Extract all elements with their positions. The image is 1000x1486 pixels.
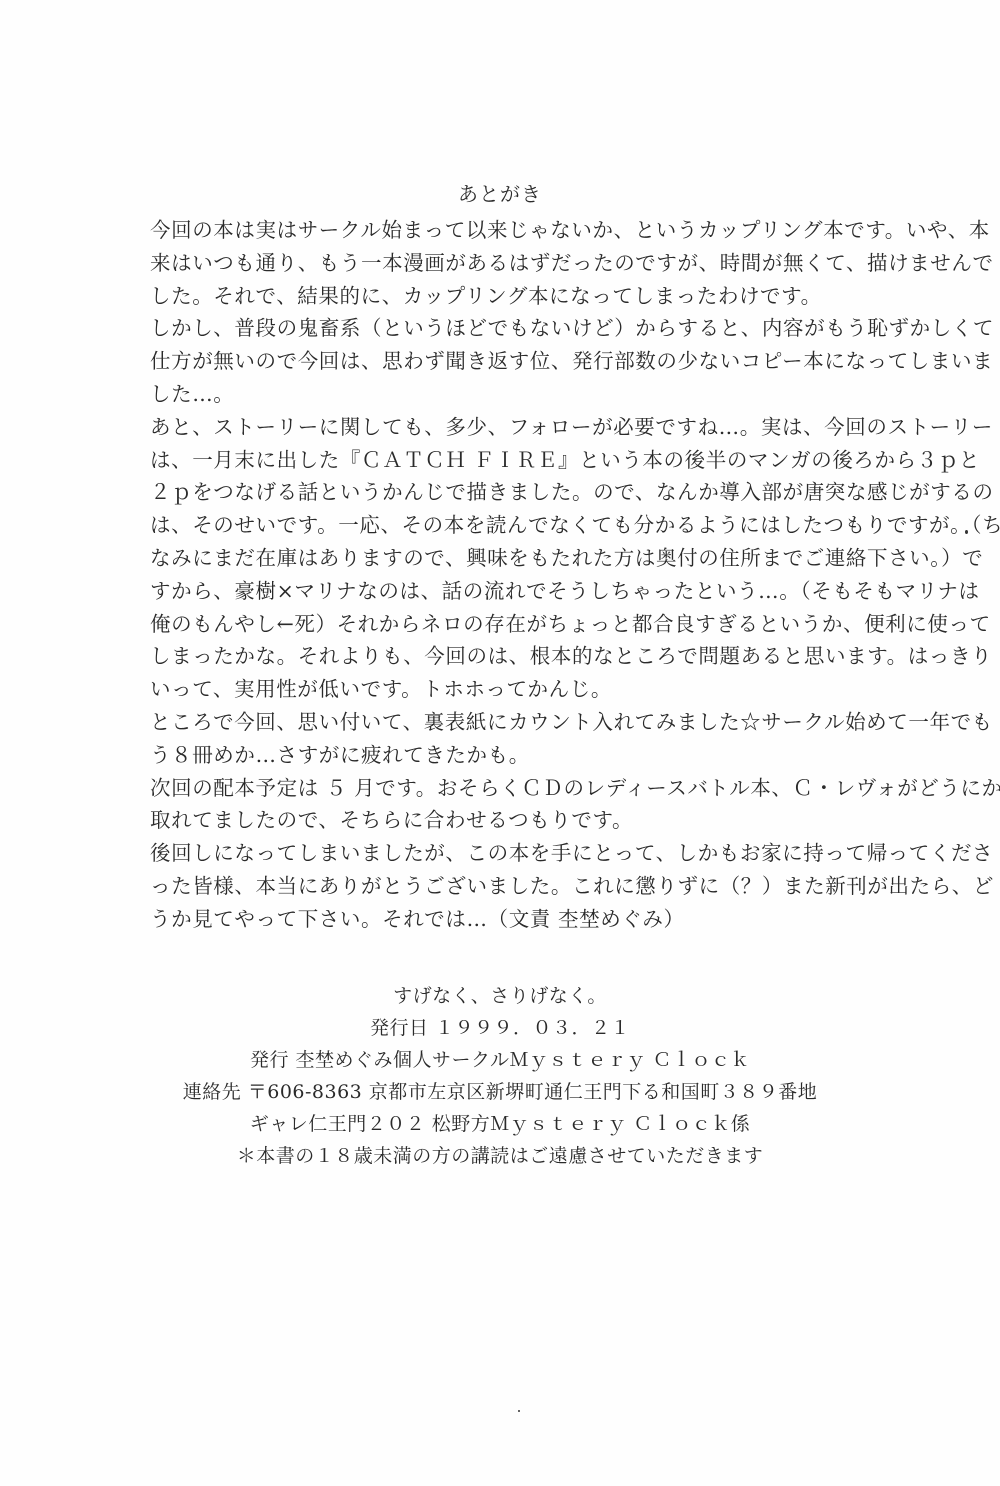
book-title: すげなく、さりげなく。 bbox=[0, 980, 1000, 1012]
afterword-line: 来はいつも通り、もう一本漫画があるはずだったのですが、時間が無くて、描けませんで bbox=[150, 247, 910, 280]
age-notice: ＊本書の１８歳未満の方の講読はご遠慮させていただきます bbox=[0, 1140, 1000, 1172]
afterword-line: 今回の本は実はサークル始まって以来じゃないか、というカップリング本です。いや、本 bbox=[150, 214, 910, 247]
scanned-page: あとがき 今回の本は実はサークル始まって以来じゃないか、というカップリング本です… bbox=[0, 0, 1000, 1486]
afterword-line: なみにまだ在庫はありますので、興味をもたれた方は奥付の住所までご連絡下さい。）で bbox=[150, 542, 910, 575]
afterword-line: した。それで、結果的に、カップリング本になってしまったわけです。 bbox=[150, 280, 910, 313]
afterword-title: あとがき bbox=[0, 180, 1000, 208]
scan-speck bbox=[518, 1410, 520, 1412]
colophon: すげなく、さりげなく。 発行日 １９９９．０３．２１ 発行 杢埜めぐみ個人サーク… bbox=[0, 980, 1000, 1172]
scan-speck bbox=[965, 530, 968, 534]
afterword-line: うか見てやって下さい。それでは…（文責 杢埜めぐみ） bbox=[150, 903, 910, 936]
afterword-line: 俺のもんやし←死）それからネロの存在がちょっと都合良すぎるというか、便利に使って bbox=[150, 608, 910, 641]
afterword-line: しまったかな。それよりも、今回のは、根本的なところで問題あると思います。はっきり bbox=[150, 640, 910, 673]
afterword-line: あと、ストーリーに関しても、多少、フォローが必要ですね…。実は、今回のストーリー bbox=[150, 411, 910, 444]
afterword-line: は、そのせいです。一応、その本を読んでなくても分かるようにはしたつもりですが。（… bbox=[150, 509, 910, 542]
afterword-line: ところで今回、思い付いて、裏表紙にカウント入れてみました☆サークル始めて一年でも bbox=[150, 706, 910, 739]
contact-building: ギャレ仁王門２０２ 松野方Ｍｙｓｔｅｒｙ Ｃｌｏｃｋ係 bbox=[0, 1108, 1000, 1140]
afterword-line: う８冊めか…さすがに疲れてきたかも。 bbox=[150, 739, 910, 772]
publisher: 発行 杢埜めぐみ個人サークルＭｙｓｔｅｒｙ Ｃｌｏｃｋ bbox=[0, 1044, 1000, 1076]
afterword-line: すから、豪樹×マリナなのは、話の流れでそうしちゃったという…。（そもそもマリナは bbox=[150, 575, 910, 608]
afterword-line: した…。 bbox=[150, 378, 910, 411]
afterword-line: った皆様、本当にありがとうございました。これに懲りずに（？）また新刊が出たら、ど bbox=[150, 870, 910, 903]
afterword-line: は、一月末に出した『ＣＡＴＣＨ ＦＩＲＥ』という本の後半のマンガの後ろから３ｐと bbox=[150, 444, 910, 477]
afterword-line: 仕方が無いので今回は、思わず聞き返す位、発行部数の少ないコピー本になってしまいま bbox=[150, 345, 910, 378]
afterword-line: いって、実用性が低いです。トホホってかんじ。 bbox=[150, 673, 910, 706]
afterword-line: しかし、普段の鬼畜系（というほどでもないけど）からすると、内容がもう恥ずかしくて bbox=[150, 312, 910, 345]
afterword-line: ２ｐをつなげる話というかんじで描きました。ので、なんか導入部が唐突な感じがするの bbox=[150, 476, 910, 509]
afterword-line: 後回しになってしまいましたが、この本を手にとって、しかもお家に持って帰ってくださ bbox=[150, 837, 910, 870]
afterword-body: 今回の本は実はサークル始まって以来じゃないか、というカップリング本です。いや、本… bbox=[150, 214, 910, 936]
contact-address: 連絡先 〒606-8363 京都市左京区新堺町通仁王門下る和国町３８９番地 bbox=[0, 1076, 1000, 1108]
issue-date: 発行日 １９９９．０３．２１ bbox=[0, 1012, 1000, 1044]
afterword-line: 取れてましたので、そちらに合わせるつもりです。 bbox=[150, 804, 910, 837]
afterword-line: 次回の配本予定は ５ 月です。おそらくＣＤのレディースバトル本、Ｃ・レヴォがどう… bbox=[150, 772, 910, 805]
